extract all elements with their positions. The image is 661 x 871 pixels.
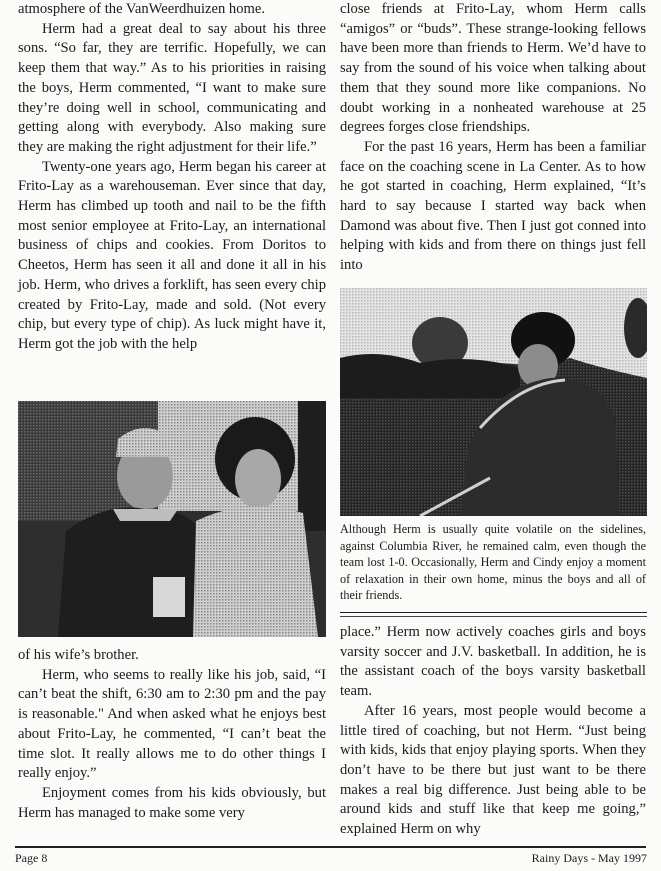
photo-coach <box>340 288 647 516</box>
right-column-bottom: place.” Herm now actively coaches girls … <box>340 623 646 840</box>
publication-issue: Rainy Days - May 1997 <box>532 851 647 865</box>
caption-divider <box>340 616 647 617</box>
footer-divider <box>15 846 646 848</box>
coach-photo-image <box>340 288 647 516</box>
paragraph: of his wife’s brother. <box>18 646 326 666</box>
paragraph: Enjoyment comes from his kids obviously,… <box>18 784 326 823</box>
paragraph: close friends at Frito-Lay, whom Herm ca… <box>340 0 646 138</box>
page-number: Page 8 <box>15 851 47 865</box>
left-column-top: atmosphere of the VanWeerdhuizen home. H… <box>18 0 326 355</box>
paragraph: Herm had a great deal to say about his t… <box>18 20 326 158</box>
paragraph: atmosphere of the VanWeerdhuizen home. <box>18 0 326 20</box>
caption-divider <box>340 612 647 613</box>
paragraph: place.” Herm now actively coaches girls … <box>340 623 646 702</box>
left-column-bottom: of his wife’s brother. Herm, who seems t… <box>18 646 326 823</box>
paragraph: For the past 16 years, Herm has been a f… <box>340 138 646 276</box>
paragraph: Twenty-one years ago, Herm began his car… <box>18 158 326 355</box>
paragraph: Herm, who seems to really like his job, … <box>18 666 326 784</box>
paragraph: After 16 years, most people would become… <box>340 702 646 840</box>
photo-couple <box>18 401 326 637</box>
photo-caption: Although Herm is usually quite volatile … <box>340 521 646 604</box>
right-column-top: close friends at Frito-Lay, whom Herm ca… <box>340 0 646 276</box>
couple-photo-image <box>18 401 326 637</box>
